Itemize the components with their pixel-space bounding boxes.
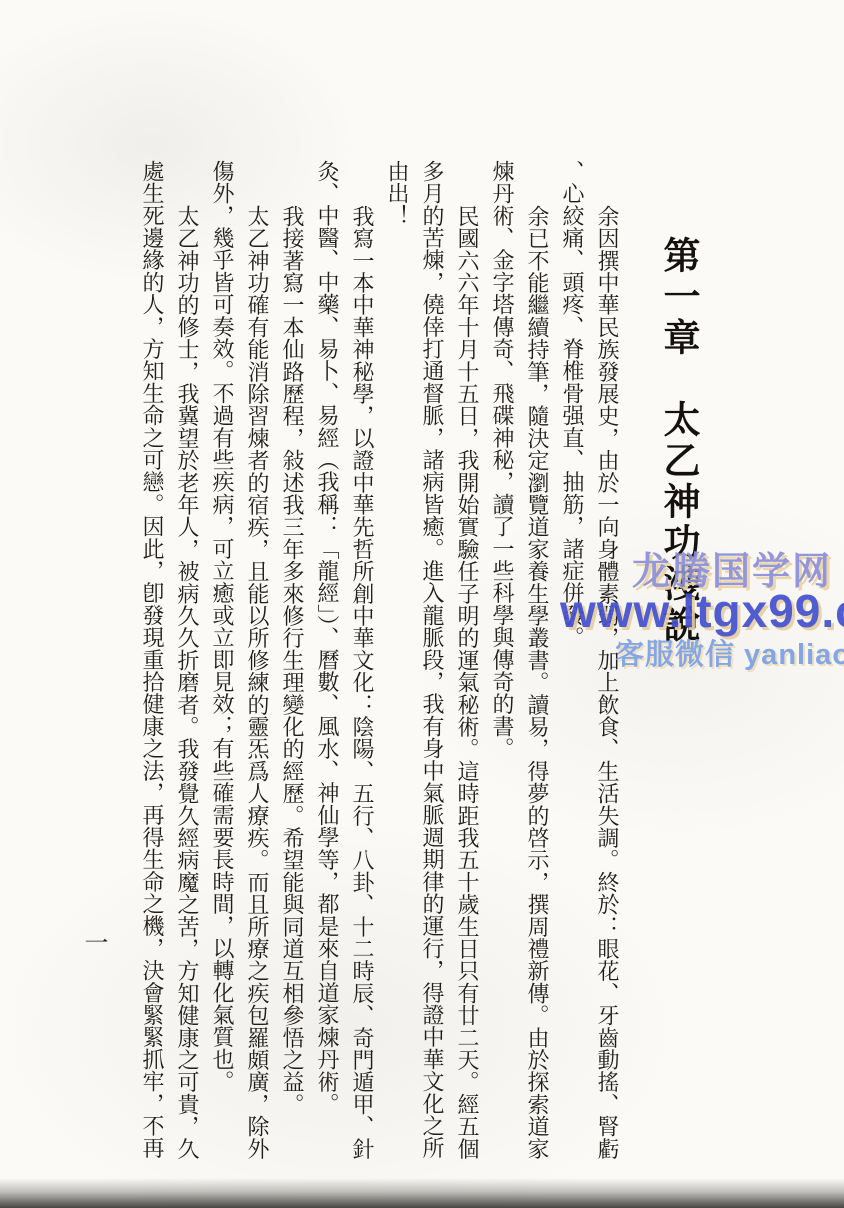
scan-edge-shadow — [0, 1178, 844, 1208]
text-column: 民國六六年十月十五日，我開始實驗任子明的運氣秘術。這時距我五十歲生日只有廿二天。… — [450, 160, 485, 1168]
text-column: 我寫一本中華神秘學，以證中華先哲所創中華文化：陰陽、五行、八卦、十二時辰、奇門遁… — [345, 160, 380, 1168]
text-column: 余已不能繼續持筆，隨決定瀏覽道家養生學叢書。讀易，得夢的啓示，撰周禮新傳。由於探… — [520, 160, 555, 1168]
text-column: 傷外，幾乎皆可奏效。不過有些疾病，可立癒或立即見效；有些確需要長時間，以轉化氣質… — [205, 160, 240, 1168]
page-number: 一 — [76, 930, 111, 954]
text-column: 、心絞痛、頭疼、脊椎骨强直、抽筋，諸症併發。 — [555, 160, 590, 1168]
text-column: 由出！ — [380, 160, 415, 1168]
text-column: 太乙神功的修士，我冀望於老年人，被病久久折磨者。我發覺久經病魔之苦，方知健康之可… — [170, 160, 205, 1168]
text-column: 灸、中醫、中藥、易卜、易經（我稱：「龍經」）、曆數、風水、神仙學等，都是來自道家… — [310, 160, 345, 1168]
text-column: 煉丹術、金字塔傳奇、飛碟神秘，讀了一些科學與傳奇的書。 — [485, 160, 520, 1168]
text-block: 余因撰中華民族發展史，由於一向身體素弱，加上飲食、生活失調。終於：眼花、牙齒動搖… — [135, 160, 625, 1168]
text-column: 余因撰中華民族發展史，由於一向身體素弱，加上飲食、生活失調。終於：眼花、牙齒動搖… — [590, 160, 625, 1168]
text-column: 太乙神功確有能消除習煉者的宿疾，且能以所修練的靈炁爲人療疾。而且所療之疾包羅頗廣… — [240, 160, 275, 1168]
text-column: 處生死邊緣的人，方知生命之可戀。因此，卽發現重拾健康之法，再得生命之機，決會緊緊… — [135, 160, 170, 1168]
chapter-title: 第一章 太乙神功淺說 — [650, 236, 704, 796]
text-column: 多月的苦煉，僥倖打通督脈，諸病皆癒。進入龍脈段，我有身中氣脈週期律的運行，得證中… — [415, 160, 450, 1168]
text-column: 我接著寫一本仙路歷程，敍述我三年多來修行生理變化的經歷。希望能與同道互相參悟之益… — [275, 160, 310, 1168]
